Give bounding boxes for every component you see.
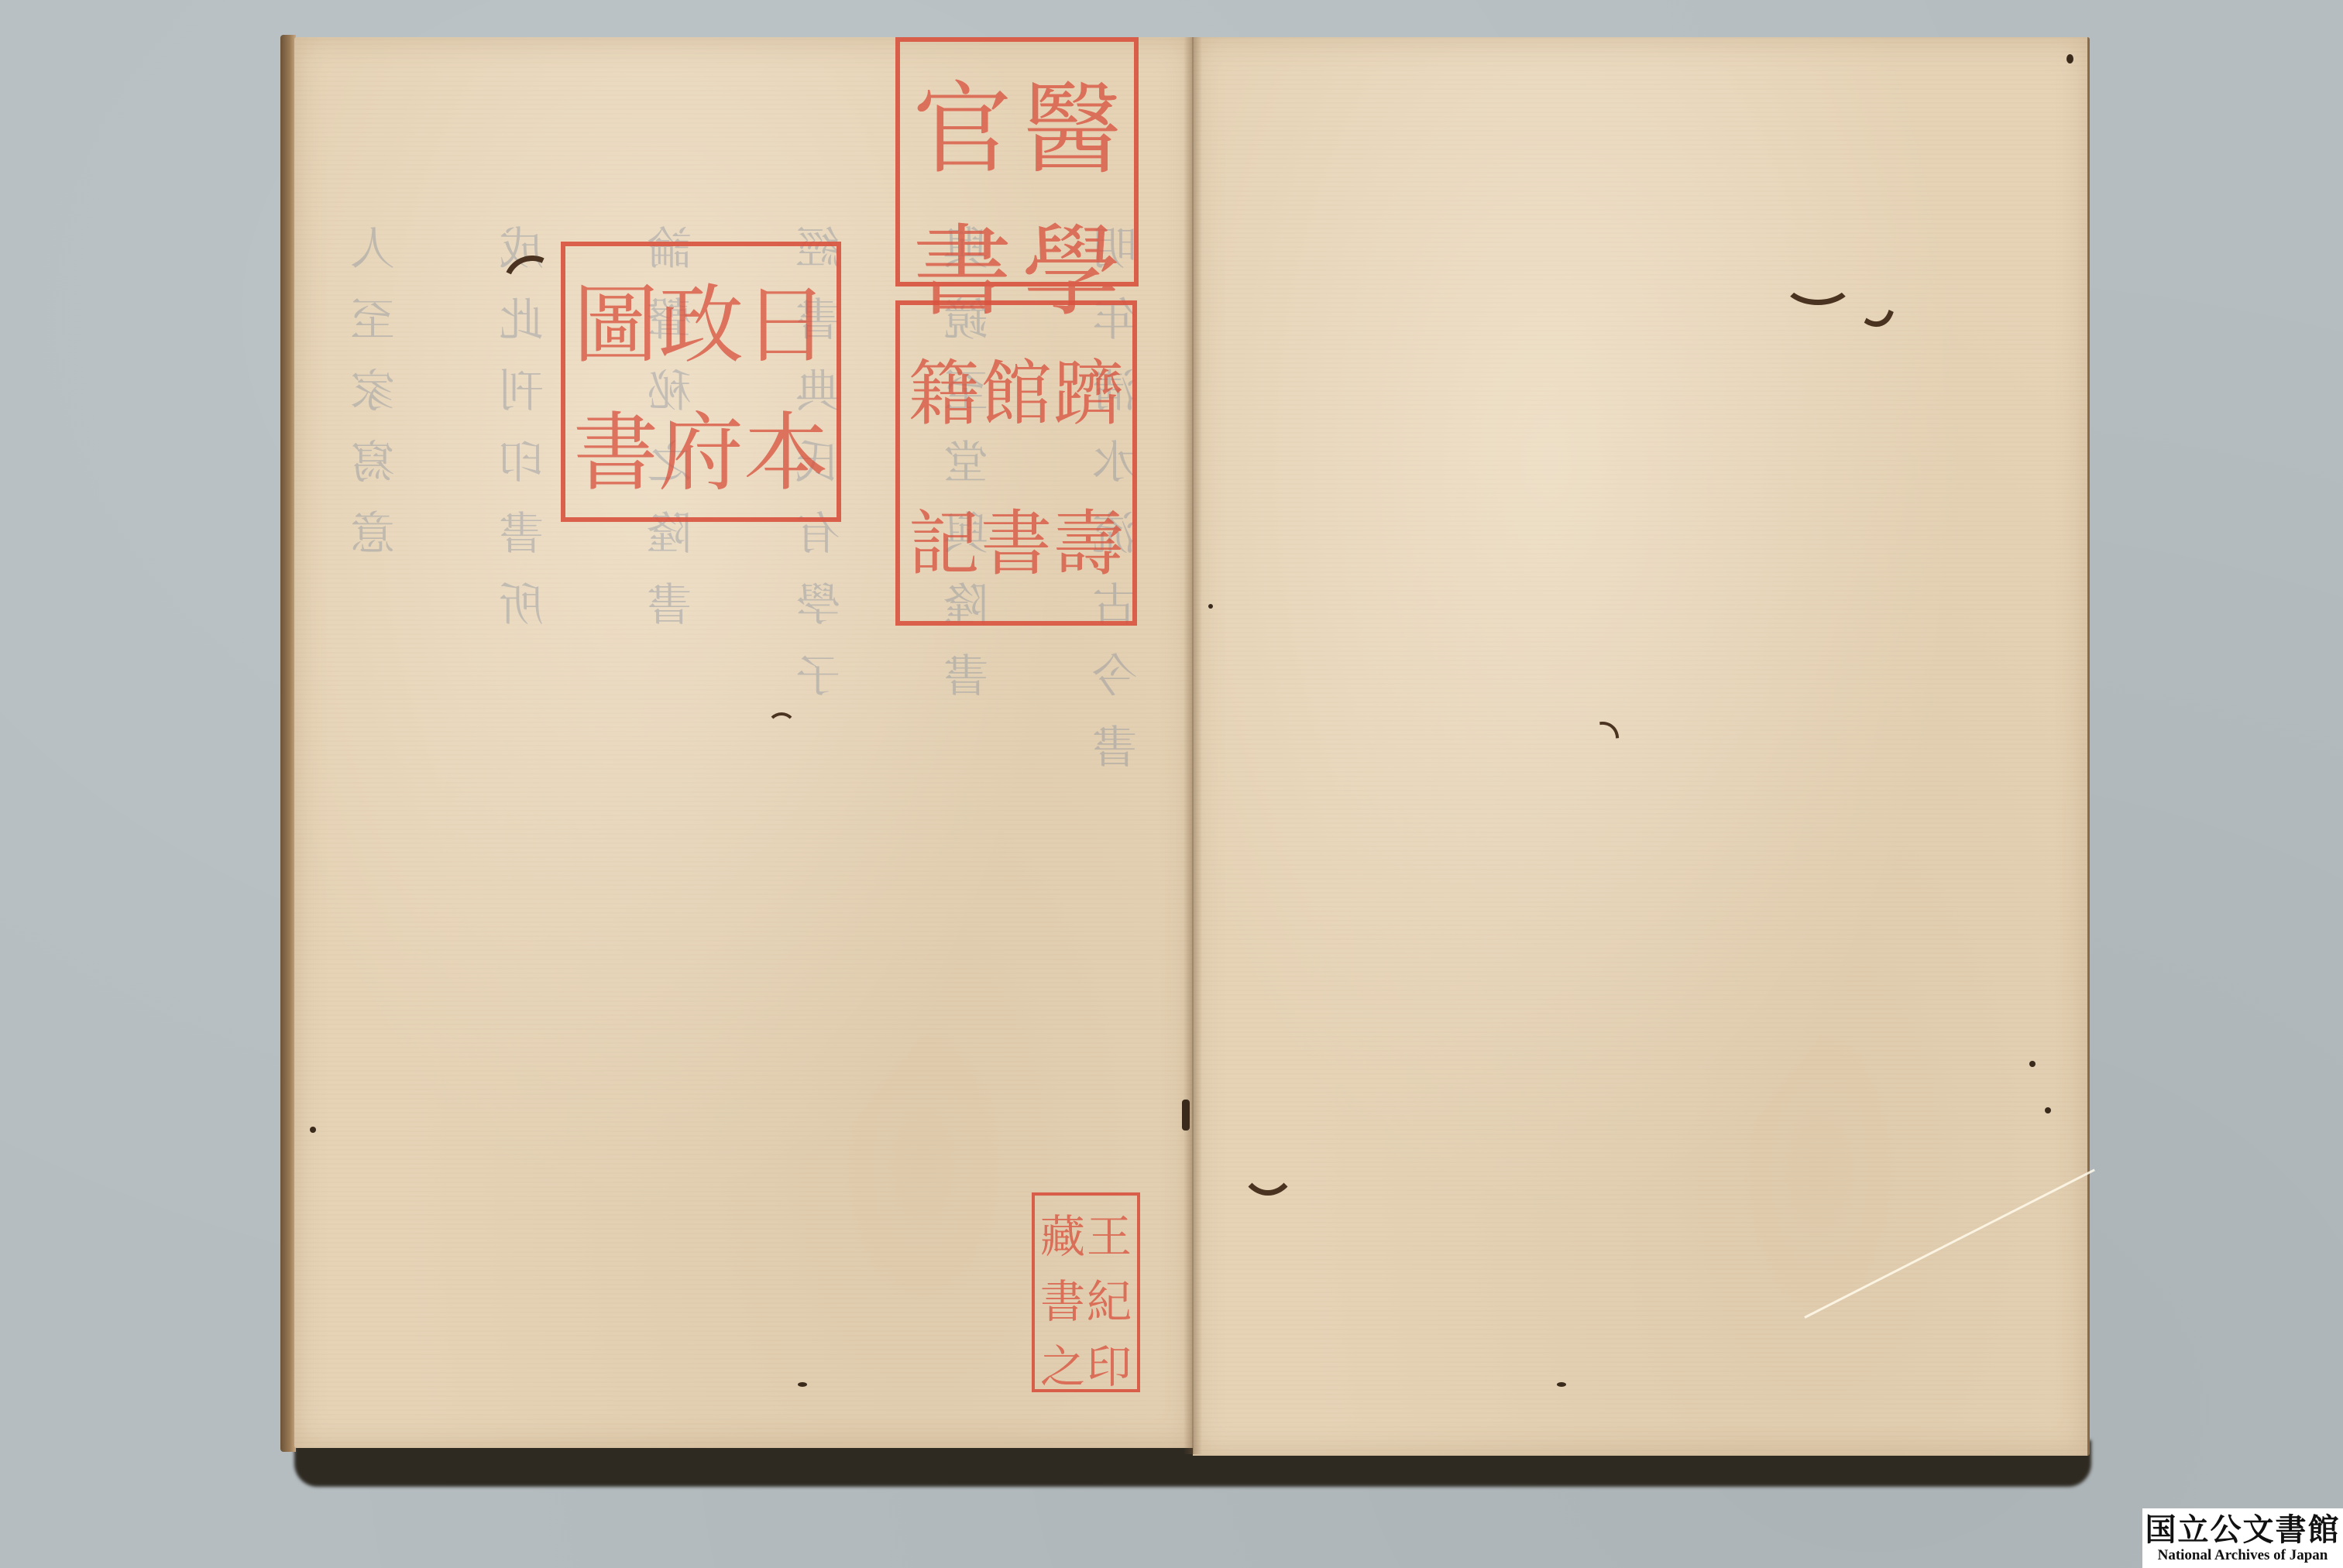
seal-char: 籍 [909, 337, 980, 439]
seal-char: 館 [981, 337, 1052, 439]
logo-japanese: 国立公文書館 [2145, 1513, 2341, 1547]
seal-char: 藏 [1040, 1200, 1085, 1265]
seal-seijukan: 躋 壽 館 書 籍 記 [895, 300, 1137, 626]
book-spread: 明年淸水流古今書 與鏡至堂與隆書 經書典氏有學子 論聲秘之隆書 成此刊印書所 人… [0, 0, 2343, 1568]
seal-char: 圖 [573, 257, 658, 379]
seal-char: 書 [981, 487, 1052, 589]
seal-char: 印 [1087, 1330, 1132, 1395]
wormhole-dot [2045, 1107, 2051, 1113]
logo-english: National Archives of Japan [2158, 1547, 2328, 1564]
seal-char: 王 [1087, 1200, 1132, 1265]
seal-char: 官 [912, 50, 1012, 192]
cover-edge [280, 35, 296, 1452]
wormhole-dot [1182, 1100, 1190, 1131]
bleed-column: 人至家寫意 [341, 225, 412, 1355]
wormhole-mark [767, 712, 796, 742]
right-page [1193, 37, 2090, 1456]
wormhole-dot [1557, 1382, 1566, 1387]
seal-char: 記 [909, 487, 980, 589]
wormhole-mark [1239, 1131, 1297, 1196]
wormhole-dot [2066, 54, 2073, 63]
seal-char: 政 [658, 257, 744, 379]
seal-char: 書 [573, 385, 658, 507]
seal-char: 之 [1040, 1330, 1085, 1395]
seal-char: 躋 [1053, 337, 1124, 439]
seal-char: 日 [744, 257, 829, 379]
seal-char: 壽 [1053, 487, 1124, 589]
wormhole-dot [2029, 1061, 2036, 1067]
seal-char: 書 [1040, 1265, 1085, 1330]
seal-char: 本 [744, 385, 829, 507]
bleed-column: 成此刊印書所 [490, 225, 561, 1355]
seal-char: 醫 [1022, 50, 1121, 192]
wormhole-dot [798, 1382, 807, 1387]
wormhole-dot [1208, 604, 1213, 609]
wormhole-dot [310, 1127, 316, 1133]
seal-char: 紀 [1087, 1265, 1132, 1330]
seal-nihon-seifu-tosho: 日 本 政 府 圖 書 [561, 242, 841, 522]
seal-igakukan: 醫 學 官 書 [895, 37, 1139, 286]
seal-collector: 王 紀 藏 書 印 之 [1032, 1192, 1140, 1392]
national-archives-logo: 国立公文書館 National Archives of Japan [2142, 1508, 2343, 1568]
binding-gutter [1184, 37, 1202, 1454]
seal-char: 府 [658, 385, 744, 507]
